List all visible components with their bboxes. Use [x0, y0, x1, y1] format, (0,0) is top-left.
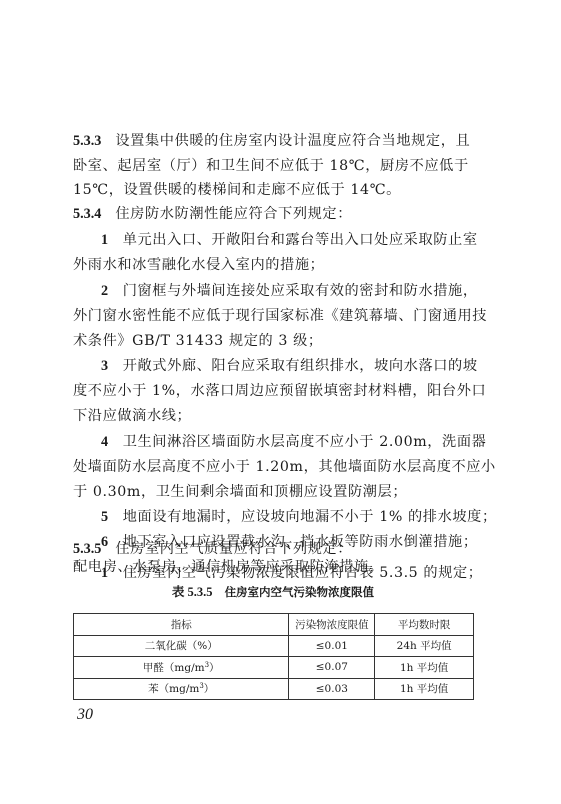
- cell-limit: ≤0.01: [289, 635, 375, 657]
- indicator-unit-close: ）: [209, 662, 220, 674]
- item-number: 3: [101, 358, 109, 374]
- indicator-name: 甲醛: [143, 662, 164, 674]
- cell-limit: ≤0.03: [289, 678, 375, 700]
- cell-period: 1h 平均值: [375, 657, 474, 679]
- item-text: 门窗框与外墙间连接处应采取有效的密封和防水措施，: [123, 283, 478, 299]
- indicator-unit: （%）: [187, 640, 218, 652]
- item-4-line-3: 于 0.30m，卫生间剩余墙面和顶棚应设置防潮层；: [73, 483, 483, 501]
- clause-5-3-3-line-1: 5.3.3设置集中供暖的住房室内设计温度应符合当地规定，且: [73, 132, 483, 150]
- header-limit: 污染物浓度限值: [289, 614, 375, 636]
- item-number: 5: [101, 509, 109, 525]
- table-row: 苯（mg/m3） ≤0.03 1h 平均值: [74, 678, 474, 700]
- clause-number: 5.3.3: [73, 133, 101, 149]
- clause-5-3-3-line-3: 15℃，设置供暖的楼梯间和走廊不应低于 14℃。: [73, 181, 483, 199]
- table-row: 甲醛（mg/m3） ≤0.07 1h 平均值: [74, 657, 474, 679]
- cell-indicator: 二氧化碳（%）: [74, 635, 289, 657]
- table-header-row: 指标 污染物浓度限值 平均数时限: [74, 614, 474, 636]
- item-1-line-1: 1单元出入口、开敞阳台和露台等出入口处应采取防止室: [101, 231, 511, 249]
- item-3-line-1: 3开敞式外廊、阳台应采取有组织排水，坡向水落口的坡: [101, 357, 511, 375]
- item-text: 开敞式外廊、阳台应采取有组织排水，坡向水落口的坡: [123, 358, 478, 374]
- cell-period: 1h 平均值: [375, 678, 474, 700]
- table-row: 二氧化碳（%） ≤0.01 24h 平均值: [74, 635, 474, 657]
- cell-indicator: 苯（mg/m3）: [74, 678, 289, 700]
- item-number: 4: [101, 434, 109, 450]
- item-2-line-3: 术条件》GB/T 31433 规定的 3 级；: [73, 332, 483, 350]
- indicator-unit: （mg/m: [164, 662, 205, 674]
- item-number: 1: [101, 232, 109, 248]
- indicator-name: 二氧化碳: [145, 640, 187, 652]
- clause-number: 5.3.5: [73, 541, 101, 557]
- cell-indicator: 甲醛（mg/m3）: [74, 657, 289, 679]
- item-text: 住房室内空气污染物浓度限值应符合表 5.3.5 的规定；: [123, 565, 483, 581]
- item-2-line-2: 外门窗水密性能不应低于现行国家标准《建筑幕墙、门窗通用技: [73, 307, 483, 325]
- clause-5-3-5-heading: 5.3.5住房室内空气质量应符合下列规定：: [73, 540, 483, 558]
- item-number: 2: [101, 283, 109, 299]
- indicator-name: 苯: [148, 683, 159, 695]
- clause-number: 5.3.4: [73, 206, 101, 222]
- header-period: 平均数时限: [375, 614, 474, 636]
- item-2-line-1: 2门窗框与外墙间连接处应采取有效的密封和防水措施，: [101, 282, 511, 300]
- item-number: 1: [101, 565, 109, 581]
- item-text: 单元出入口、开敞阳台和露台等出入口处应采取防止室: [123, 232, 478, 248]
- item-3-line-2: 度不应小于 1%，水落口周边应预留嵌填密封材料槽，阳台外口: [73, 382, 483, 400]
- item-4-line-2: 处墙面防水层高度不应小于 1.20m，其他墙面防水层高度不应小: [73, 458, 483, 476]
- indicator-unit-close: ）: [204, 683, 215, 695]
- header-indicator: 指标: [74, 614, 289, 636]
- item-1-line-2: 外雨水和冰雪融化水侵入室内的措施；: [73, 256, 483, 274]
- item-3-line-3: 下沿应做滴水线；: [73, 407, 483, 425]
- item-4-line-1: 4卫生间淋浴区墙面防水层高度不应小于 2.00m，洗面器: [101, 433, 511, 451]
- clause-title: 住房室内空气质量应符合下列规定：: [115, 541, 352, 557]
- item-text: 卫生间淋浴区墙面防水层高度不应小于 2.00m，洗面器: [123, 434, 487, 450]
- indicator-unit: （mg/m: [159, 683, 200, 695]
- item-5-line-1: 5地面设有地漏时，应设坡向地漏不小于 1% 的排水坡度；: [101, 508, 511, 526]
- clause-5-3-3-line-2: 卧室、起居室（厅）和卫生间不应低于 18℃，厨房不应低于: [73, 157, 483, 175]
- clause-title: 住房防水防潮性能应符合下列规定：: [115, 206, 352, 222]
- clause-5-3-4-heading: 5.3.4住房防水防潮性能应符合下列规定：: [73, 205, 483, 223]
- pollutant-limits-table: 指标 污染物浓度限值 平均数时限 二氧化碳（%） ≤0.01 24h 平均值 甲…: [73, 613, 474, 700]
- cell-limit: ≤0.07: [289, 657, 375, 679]
- cell-period: 24h 平均值: [375, 635, 474, 657]
- clause-5-3-5-item-1: 1住房室内空气污染物浓度限值应符合表 5.3.5 的规定；: [101, 564, 511, 582]
- table-caption-title: 住房室内空气污染物浓度限值: [225, 585, 375, 599]
- table-caption-number: 表 5.3.5: [172, 585, 213, 599]
- item-text: 地面设有地漏时，应设坡向地漏不小于 1% 的排水坡度；: [123, 509, 497, 525]
- page-number: 30: [77, 706, 93, 724]
- clause-text: 设置集中供暖的住房室内设计温度应符合当地规定，且: [115, 133, 470, 149]
- table-caption: 表 5.3.5住房室内空气污染物浓度限值: [73, 584, 473, 600]
